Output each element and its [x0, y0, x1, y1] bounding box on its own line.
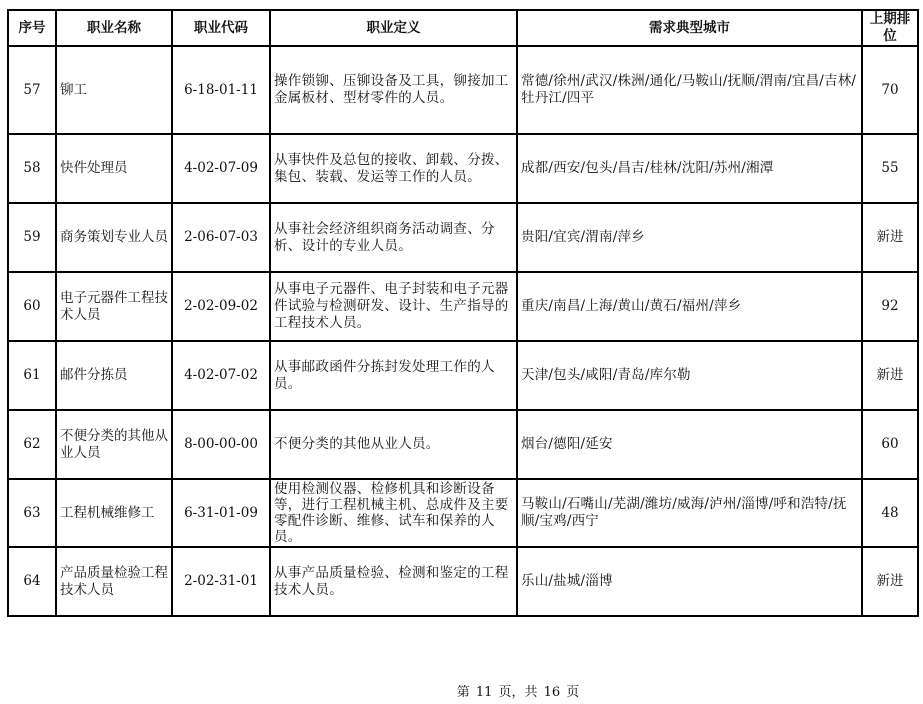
row-cities: 常德/徐州/武汉/株洲/通化/马鞍山/抚顺/渭南/宜昌/吉林/牡丹江/四平	[517, 46, 862, 134]
row-code: 8-00-00-00	[172, 410, 270, 479]
row-no: 64	[8, 547, 56, 616]
header-no: 序号	[8, 10, 56, 46]
row-definition: 使用检测仪器、检修机具和诊断设备等，进行工程机械主机、总成件及主要零配件诊断、维…	[270, 479, 517, 547]
row-no: 60	[8, 272, 56, 341]
row-code: 2-02-31-01	[172, 547, 270, 616]
row-definition: 从事产品质量检验、检测和鉴定的工程技术人员。	[270, 547, 517, 616]
row-definition: 操作锁铆、压铆设备及工具，铆接加工金属板材、型材零件的人员。	[270, 46, 517, 134]
row-cities: 天津/包头/咸阳/青岛/库尔勒	[517, 341, 862, 410]
header-prev-rank: 上期排位	[862, 10, 918, 46]
row-name: 铆工	[56, 46, 172, 134]
header-cities: 需求典型城市	[517, 10, 862, 46]
row-code: 6-18-01-11	[172, 46, 270, 134]
row-definition: 从事电子元器件、电子封装和电子元器件试验与检测研发、设计、生产指导的工程技术人员…	[270, 272, 517, 341]
table-row: 62 不便分类的其他从业人员 8-00-00-00 不便分类的其他从业人员。 烟…	[8, 410, 918, 479]
row-cities: 乐山/盐城/淄博	[517, 547, 862, 616]
row-no: 58	[8, 134, 56, 203]
row-definition: 不便分类的其他从业人员。	[270, 410, 517, 479]
row-no: 62	[8, 410, 56, 479]
row-code: 2-02-09-02	[172, 272, 270, 341]
row-prev-rank: 新进	[862, 547, 918, 616]
row-prev-rank: 55	[862, 134, 918, 203]
table-row: 57 铆工 6-18-01-11 操作锁铆、压铆设备及工具，铆接加工金属板材、型…	[8, 46, 918, 134]
row-name: 工程机械维修工	[56, 479, 172, 547]
row-code: 2-06-07-03	[172, 203, 270, 272]
page-number-footer: 第 11 页，共 16 页	[0, 681, 923, 700]
row-definition: 从事邮政函件分拣封发处理工作的人员。	[270, 341, 517, 410]
row-no: 59	[8, 203, 56, 272]
row-definition: 从事社会经济组织商务活动调查、分析、设计的专业人员。	[270, 203, 517, 272]
row-cities: 重庆/南昌/上海/黄山/黄石/福州/萍乡	[517, 272, 862, 341]
row-name: 邮件分拣员	[56, 341, 172, 410]
row-name: 电子元器件工程技术人员	[56, 272, 172, 341]
row-name: 不便分类的其他从业人员	[56, 410, 172, 479]
row-code: 4-02-07-09	[172, 134, 270, 203]
row-no: 61	[8, 341, 56, 410]
row-prev-rank: 48	[862, 479, 918, 547]
row-cities: 贵阳/宜宾/渭南/萍乡	[517, 203, 862, 272]
table-header-row: 序号 职业名称 职业代码 职业定义 需求典型城市 上期排位	[8, 10, 918, 46]
row-prev-rank: 60	[862, 410, 918, 479]
table-row: 60 电子元器件工程技术人员 2-02-09-02 从事电子元器件、电子封装和电…	[8, 272, 918, 341]
row-cities: 马鞍山/石嘴山/芜湖/潍坊/威海/泸州/淄博/呼和浩特/抚顺/宝鸡/西宁	[517, 479, 862, 547]
header-name: 职业名称	[56, 10, 172, 46]
header-code: 职业代码	[172, 10, 270, 46]
row-code: 6-31-01-09	[172, 479, 270, 547]
row-no: 63	[8, 479, 56, 547]
occupation-table: 序号 职业名称 职业代码 职业定义 需求典型城市 上期排位 57 铆工 6-18…	[7, 9, 919, 617]
row-prev-rank: 新进	[862, 203, 918, 272]
header-definition: 职业定义	[270, 10, 517, 46]
row-prev-rank: 新进	[862, 341, 918, 410]
row-name: 商务策划专业人员	[56, 203, 172, 272]
row-name: 产品质量检验工程技术人员	[56, 547, 172, 616]
table-row: 61 邮件分拣员 4-02-07-02 从事邮政函件分拣封发处理工作的人员。 天…	[8, 341, 918, 410]
document-page: 序号 职业名称 职业代码 职业定义 需求典型城市 上期排位 57 铆工 6-18…	[0, 0, 923, 704]
row-code: 4-02-07-02	[172, 341, 270, 410]
row-definition: 从事快件及总包的接收、卸载、分拨、集包、装载、发运等工作的人员。	[270, 134, 517, 203]
row-name: 快件处理员	[56, 134, 172, 203]
row-cities: 烟台/德阳/延安	[517, 410, 862, 479]
row-prev-rank: 70	[862, 46, 918, 134]
table-row: 58 快件处理员 4-02-07-09 从事快件及总包的接收、卸载、分拨、集包、…	[8, 134, 918, 203]
row-no: 57	[8, 46, 56, 134]
row-prev-rank: 92	[862, 272, 918, 341]
table-row: 64 产品质量检验工程技术人员 2-02-31-01 从事产品质量检验、检测和鉴…	[8, 547, 918, 616]
row-cities: 成都/西安/包头/昌吉/桂林/沈阳/苏州/湘潭	[517, 134, 862, 203]
table-row: 63 工程机械维修工 6-31-01-09 使用检测仪器、检修机具和诊断设备等，…	[8, 479, 918, 547]
table-row: 59 商务策划专业人员 2-06-07-03 从事社会经济组织商务活动调查、分析…	[8, 203, 918, 272]
